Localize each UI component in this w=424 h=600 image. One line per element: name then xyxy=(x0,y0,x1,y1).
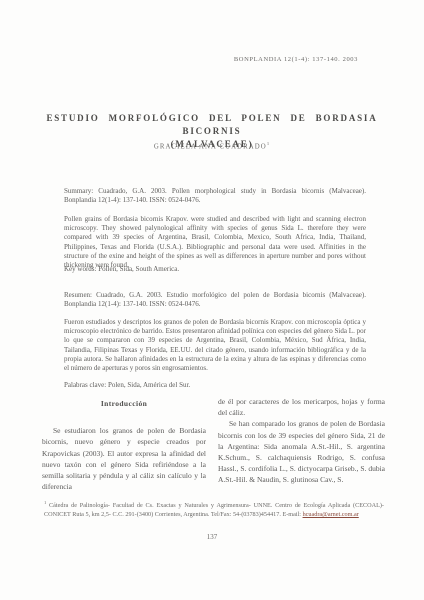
keywords-text-es: Polen, Sida, América del Sur. xyxy=(106,381,190,389)
summary-citation: Summary: Cuadrado, G.A. 2003. Pollen mor… xyxy=(64,187,366,205)
resumen-citation: Resumen: Cuadrado, G.A. 2003. Estudio mo… xyxy=(64,291,366,309)
summary-citation-text: Cuadrado, G.A. 2003. Pollen morphologica… xyxy=(64,187,366,204)
keywords-label-es: Palabras clave: xyxy=(64,381,106,389)
resumen-body: Fueron estudiados y descriptos los grano… xyxy=(64,318,366,373)
keywords-line-es: Palabras clave: Polen, Sida, América del… xyxy=(64,381,366,390)
author-name: GRACIELA ANA CUADRADO xyxy=(154,143,267,150)
journal-header: BONPLANDIA 12(1-4): 137-140. 2003 xyxy=(0,56,358,63)
keywords-text-en: Pollen, Sida, South America. xyxy=(96,265,179,273)
intro-right-column: de él por caracteres de los mericarpos, … xyxy=(218,396,385,486)
intro-left-column: Introducción Se estudiaron los granos de… xyxy=(42,398,206,492)
intro-right-paragraph-1: de él por caracteres de los mericarpos, … xyxy=(218,396,385,418)
resumen-citation-text: Cuadrado, G.A. 2003. Estudio morfológico… xyxy=(64,291,366,308)
resumen-label: Resumen: xyxy=(64,291,92,299)
page-number: 137 xyxy=(0,533,424,541)
summary-label: Summary: xyxy=(64,187,93,195)
article-title-line1: ESTUDIO MORFOLÓGICO DEL POLEN DE BORDASI… xyxy=(36,112,388,138)
keywords-line-en: Key words: Pollen, Sida, South America. xyxy=(64,265,366,274)
author-line: GRACIELA ANA CUADRADO1 xyxy=(0,141,424,150)
footnote: 1 Cátedra de Palinología- Facultad de Cs… xyxy=(44,498,384,519)
footnote-email-link[interactable]: hcuadra@arnet.com.ar xyxy=(303,511,359,518)
author-affiliation-mark: 1 xyxy=(267,141,270,146)
keywords-label-en: Key words: xyxy=(64,265,96,273)
summary-body: Pollen grains of Bordasia bicornis Krapo… xyxy=(64,215,366,270)
intro-left-paragraph: Se estudiaron los granos de polen de Bor… xyxy=(42,425,206,492)
journal-article-page: BONPLANDIA 12(1-4): 137-140. 2003 ESTUDI… xyxy=(0,0,424,600)
intro-right-paragraph-2: Se han comparado los granos de polen de … xyxy=(218,418,385,485)
intro-heading: Introducción xyxy=(42,398,206,409)
